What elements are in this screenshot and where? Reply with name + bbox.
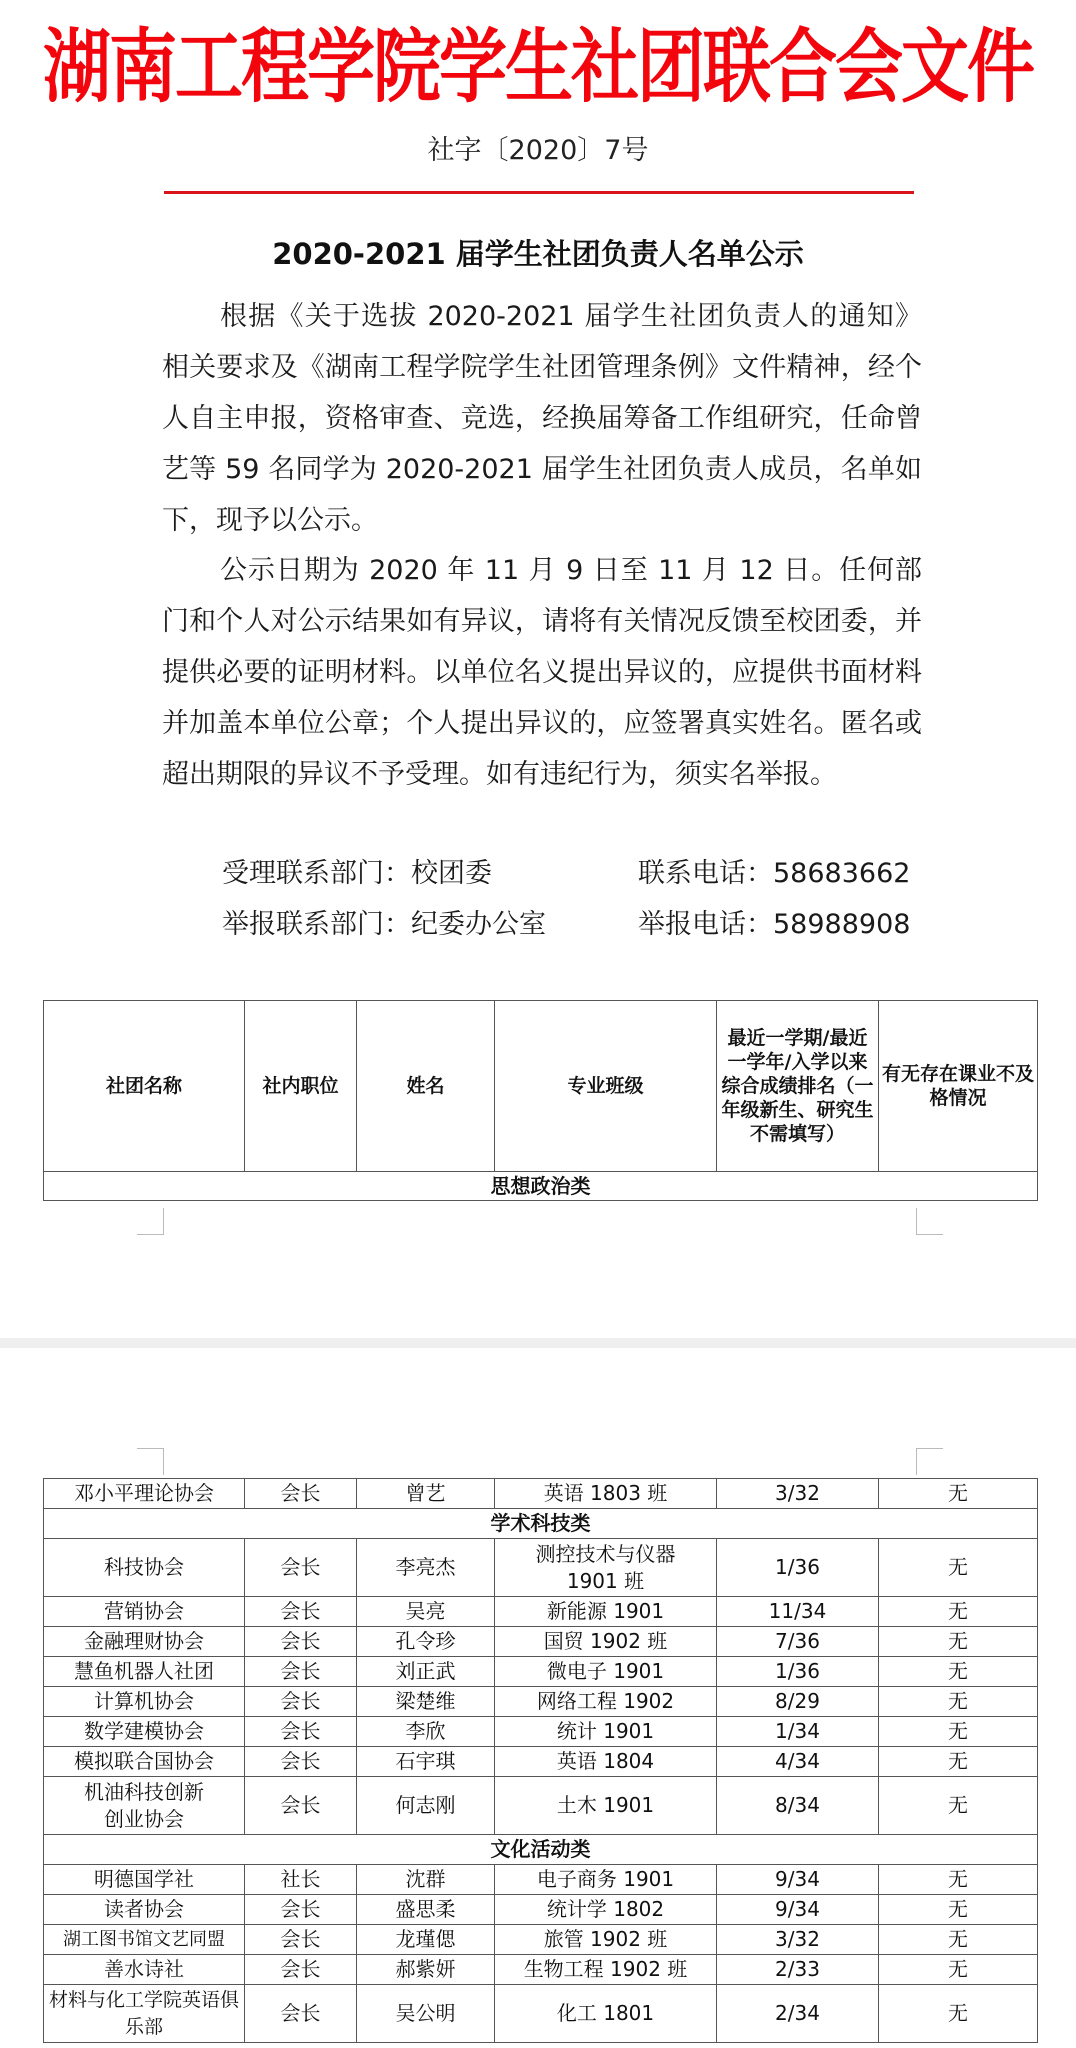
category-row: 学术科技类	[44, 1509, 1038, 1539]
contact-phone: 联系电话：58683662	[638, 848, 910, 899]
category-label: 思想政治类	[44, 1172, 1038, 1201]
page-margin-mark	[916, 1208, 943, 1235]
cell-fail: 无	[879, 1985, 1038, 2043]
cell-rank: 1/36	[717, 1657, 879, 1687]
cell-role: 会长	[245, 1955, 357, 1985]
cell-fail: 无	[879, 1925, 1038, 1955]
cell-name: 吴亮	[357, 1597, 495, 1627]
table-row: 科技协会 会长 李亮杰 测控技术与仪器 1901 班 1/36 无	[44, 1539, 1038, 1597]
cell-name: 李欣	[357, 1717, 495, 1747]
contact-phone: 举报电话：58988908	[638, 899, 910, 950]
contact-row-acceptance: 受理联系部门：校团委 联系电话：58683662	[222, 848, 922, 899]
table-row: 金融理财协会 会长 孔令珍 国贸 1902 班 7/36 无	[44, 1627, 1038, 1657]
cell-role: 社长	[245, 1865, 357, 1895]
cell-fail: 无	[879, 1687, 1038, 1717]
cell-fail: 无	[879, 1895, 1038, 1925]
table-row: 计算机协会 会长 梁楚维 网络工程 1902 8/29 无	[44, 1687, 1038, 1717]
cell-fail: 无	[879, 1955, 1038, 1985]
cell-rank: 1/36	[717, 1539, 879, 1597]
table-row: 明德国学社 社长 沈群 电子商务 1901 9/34 无	[44, 1865, 1038, 1895]
column-header-fail: 有无存在课业不及格情况	[879, 1001, 1038, 1172]
page-margin-mark	[916, 1448, 943, 1475]
category-row: 思想政治类	[44, 1172, 1038, 1201]
cell-name: 孔令珍	[357, 1627, 495, 1657]
cell-rank: 2/34	[717, 1985, 879, 2043]
cell-class: 电子商务 1901	[495, 1865, 717, 1895]
paragraph-text: 公示日期为 2020 年 11 月 9 日至 11 月 12 日。任何部门和个人…	[162, 545, 922, 800]
table-row: 湖工图书馆文艺同盟 会长 龙瑾偲 旅管 1902 班 3/32 无	[44, 1925, 1038, 1955]
cell-club: 邓小平理论协会	[44, 1479, 245, 1509]
cell-club: 慧鱼机器人社团	[44, 1657, 245, 1687]
category-row: 文化活动类	[44, 1835, 1038, 1865]
document-number: 社字〔2020〕7号	[0, 128, 1076, 167]
cell-class: 英语 1803 班	[495, 1479, 717, 1509]
cell-fail: 无	[879, 1747, 1038, 1777]
column-header-rank: 最近一学期/最近一学年/入学以来综合成绩排名（一年级新生、研究生不需填写）	[717, 1001, 879, 1172]
cell-rank: 9/34	[717, 1865, 879, 1895]
cell-role: 会长	[245, 1747, 357, 1777]
cell-role: 会长	[245, 1597, 357, 1627]
cell-class: 化工 1801	[495, 1985, 717, 2043]
cell-role: 会长	[245, 1777, 357, 1835]
cell-rank: 8/34	[717, 1777, 879, 1835]
table-header-row: 社团名称 社内职位 姓名 专业班级 最近一学期/最近一学年/入学以来综合成绩排名…	[44, 1001, 1038, 1172]
contact-row-report: 举报联系部门：纪委办公室 举报电话：58988908	[222, 899, 922, 950]
contact-dept: 受理联系部门：校团委	[222, 848, 638, 899]
paragraph-text: 根据《关于选拔 2020-2021 届学生社团负责人的通知》相关要求及《湖南工程…	[162, 291, 922, 546]
category-label: 学术科技类	[44, 1509, 1038, 1539]
cell-class: 旅管 1902 班	[495, 1925, 717, 1955]
contact-dept: 举报联系部门：纪委办公室	[222, 899, 638, 950]
cell-class: 新能源 1901	[495, 1597, 717, 1627]
cell-role: 会长	[245, 1717, 357, 1747]
cell-name: 何志刚	[357, 1777, 495, 1835]
column-header-club: 社团名称	[44, 1001, 245, 1172]
table-row: 数学建模协会 会长 李欣 统计 1901 1/34 无	[44, 1717, 1038, 1747]
page-margin-mark	[137, 1448, 164, 1475]
cell-name: 石宇琪	[357, 1747, 495, 1777]
table-row: 模拟联合国协会 会长 石宇琪 英语 1804 4/34 无	[44, 1747, 1038, 1777]
cell-fail: 无	[879, 1479, 1038, 1509]
cell-role: 会长	[245, 1895, 357, 1925]
cell-name: 吴公明	[357, 1985, 495, 2043]
cell-name: 梁楚维	[357, 1687, 495, 1717]
roster-table: 邓小平理论协会 会长 曾艺 英语 1803 班 3/32 无 学术科技类 科技协…	[43, 1478, 1038, 2043]
document-title: 2020-2021 届学生社团负责人名单公示	[0, 232, 1076, 273]
body-paragraph-1: 根据《关于选拔 2020-2021 届学生社团负责人的通知》相关要求及《湖南工程…	[162, 291, 922, 546]
cell-role: 会长	[245, 1657, 357, 1687]
category-label: 文化活动类	[44, 1835, 1038, 1865]
cell-fail: 无	[879, 1777, 1038, 1835]
cell-class: 生物工程 1902 班	[495, 1955, 717, 1985]
cell-class: 测控技术与仪器 1901 班	[495, 1539, 717, 1597]
cell-rank: 7/36	[717, 1627, 879, 1657]
cell-club: 科技协会	[44, 1539, 245, 1597]
page-margin-mark	[137, 1208, 164, 1235]
cell-fail: 无	[879, 1627, 1038, 1657]
cell-club: 善水诗社	[44, 1955, 245, 1985]
cell-role: 会长	[245, 1539, 357, 1597]
cell-rank: 3/32	[717, 1479, 879, 1509]
cell-class: 英语 1804	[495, 1747, 717, 1777]
cell-name: 李亮杰	[357, 1539, 495, 1597]
cell-class: 微电子 1901	[495, 1657, 717, 1687]
cell-rank: 3/32	[717, 1925, 879, 1955]
cell-fail: 无	[879, 1865, 1038, 1895]
table-row: 机油科技创新创业协会 会长 何志刚 土木 1901 8/34 无	[44, 1777, 1038, 1835]
cell-name: 龙瑾偲	[357, 1925, 495, 1955]
cell-rank: 1/34	[717, 1717, 879, 1747]
cell-club: 机油科技创新创业协会	[44, 1777, 245, 1835]
cell-name: 郝紫妍	[357, 1955, 495, 1985]
cell-role: 会长	[245, 1627, 357, 1657]
cell-rank: 2/33	[717, 1955, 879, 1985]
table-row: 材料与化工学院英语俱乐部 会长 吴公明 化工 1801 2/34 无	[44, 1985, 1038, 2043]
cell-fail: 无	[879, 1597, 1038, 1627]
cell-class: 网络工程 1902	[495, 1687, 717, 1717]
column-header-name: 姓名	[357, 1001, 495, 1172]
cell-club: 明德国学社	[44, 1865, 245, 1895]
cell-class: 国贸 1902 班	[495, 1627, 717, 1657]
table-row: 营销协会 会长 吴亮 新能源 1901 11/34 无	[44, 1597, 1038, 1627]
column-header-class: 专业班级	[495, 1001, 717, 1172]
table-row: 读者协会 会长 盛思柔 统计学 1802 9/34 无	[44, 1895, 1038, 1925]
document-page-1: 湖南工程学院学生社团联合会文件 社字〔2020〕7号 2020-2021 届学生…	[0, 0, 1076, 1338]
cell-role: 会长	[245, 1687, 357, 1717]
page-separator	[0, 1338, 1076, 1348]
cell-role: 会长	[245, 1479, 357, 1509]
cell-role: 会长	[245, 1985, 357, 2043]
body-paragraph-2: 公示日期为 2020 年 11 月 9 日至 11 月 12 日。任何部门和个人…	[162, 545, 922, 800]
cell-club: 湖工图书馆文艺同盟	[44, 1925, 245, 1955]
table-row: 善水诗社 会长 郝紫妍 生物工程 1902 班 2/33 无	[44, 1955, 1038, 1985]
org-header-title: 湖南工程学院学生社团联合会文件	[0, 12, 1076, 125]
column-header-role: 社内职位	[245, 1001, 357, 1172]
cell-rank: 9/34	[717, 1895, 879, 1925]
cell-rank: 8/29	[717, 1687, 879, 1717]
cell-fail: 无	[879, 1539, 1038, 1597]
cell-club: 材料与化工学院英语俱乐部	[44, 1985, 245, 2043]
cell-club: 读者协会	[44, 1895, 245, 1925]
cell-club: 数学建模协会	[44, 1717, 245, 1747]
cell-class: 统计 1901	[495, 1717, 717, 1747]
cell-fail: 无	[879, 1657, 1038, 1687]
table-row: 慧鱼机器人社团 会长 刘正武 微电子 1901 1/36 无	[44, 1657, 1038, 1687]
roster-table-header-section: 社团名称 社内职位 姓名 专业班级 最近一学期/最近一学年/入学以来综合成绩排名…	[43, 1000, 1038, 1201]
cell-rank: 11/34	[717, 1597, 879, 1627]
cell-name: 刘正武	[357, 1657, 495, 1687]
cell-class: 统计学 1802	[495, 1895, 717, 1925]
cell-fail: 无	[879, 1717, 1038, 1747]
cell-club: 模拟联合国协会	[44, 1747, 245, 1777]
cell-name: 曾艺	[357, 1479, 495, 1509]
table-row: 邓小平理论协会 会长 曾艺 英语 1803 班 3/32 无	[44, 1479, 1038, 1509]
cell-club: 营销协会	[44, 1597, 245, 1627]
cell-rank: 4/34	[717, 1747, 879, 1777]
cell-club: 计算机协会	[44, 1687, 245, 1717]
cell-club: 金融理财协会	[44, 1627, 245, 1657]
cell-class: 土木 1901	[495, 1777, 717, 1835]
red-divider	[164, 191, 914, 194]
cell-name: 盛思柔	[357, 1895, 495, 1925]
cell-role: 会长	[245, 1925, 357, 1955]
cell-name: 沈群	[357, 1865, 495, 1895]
